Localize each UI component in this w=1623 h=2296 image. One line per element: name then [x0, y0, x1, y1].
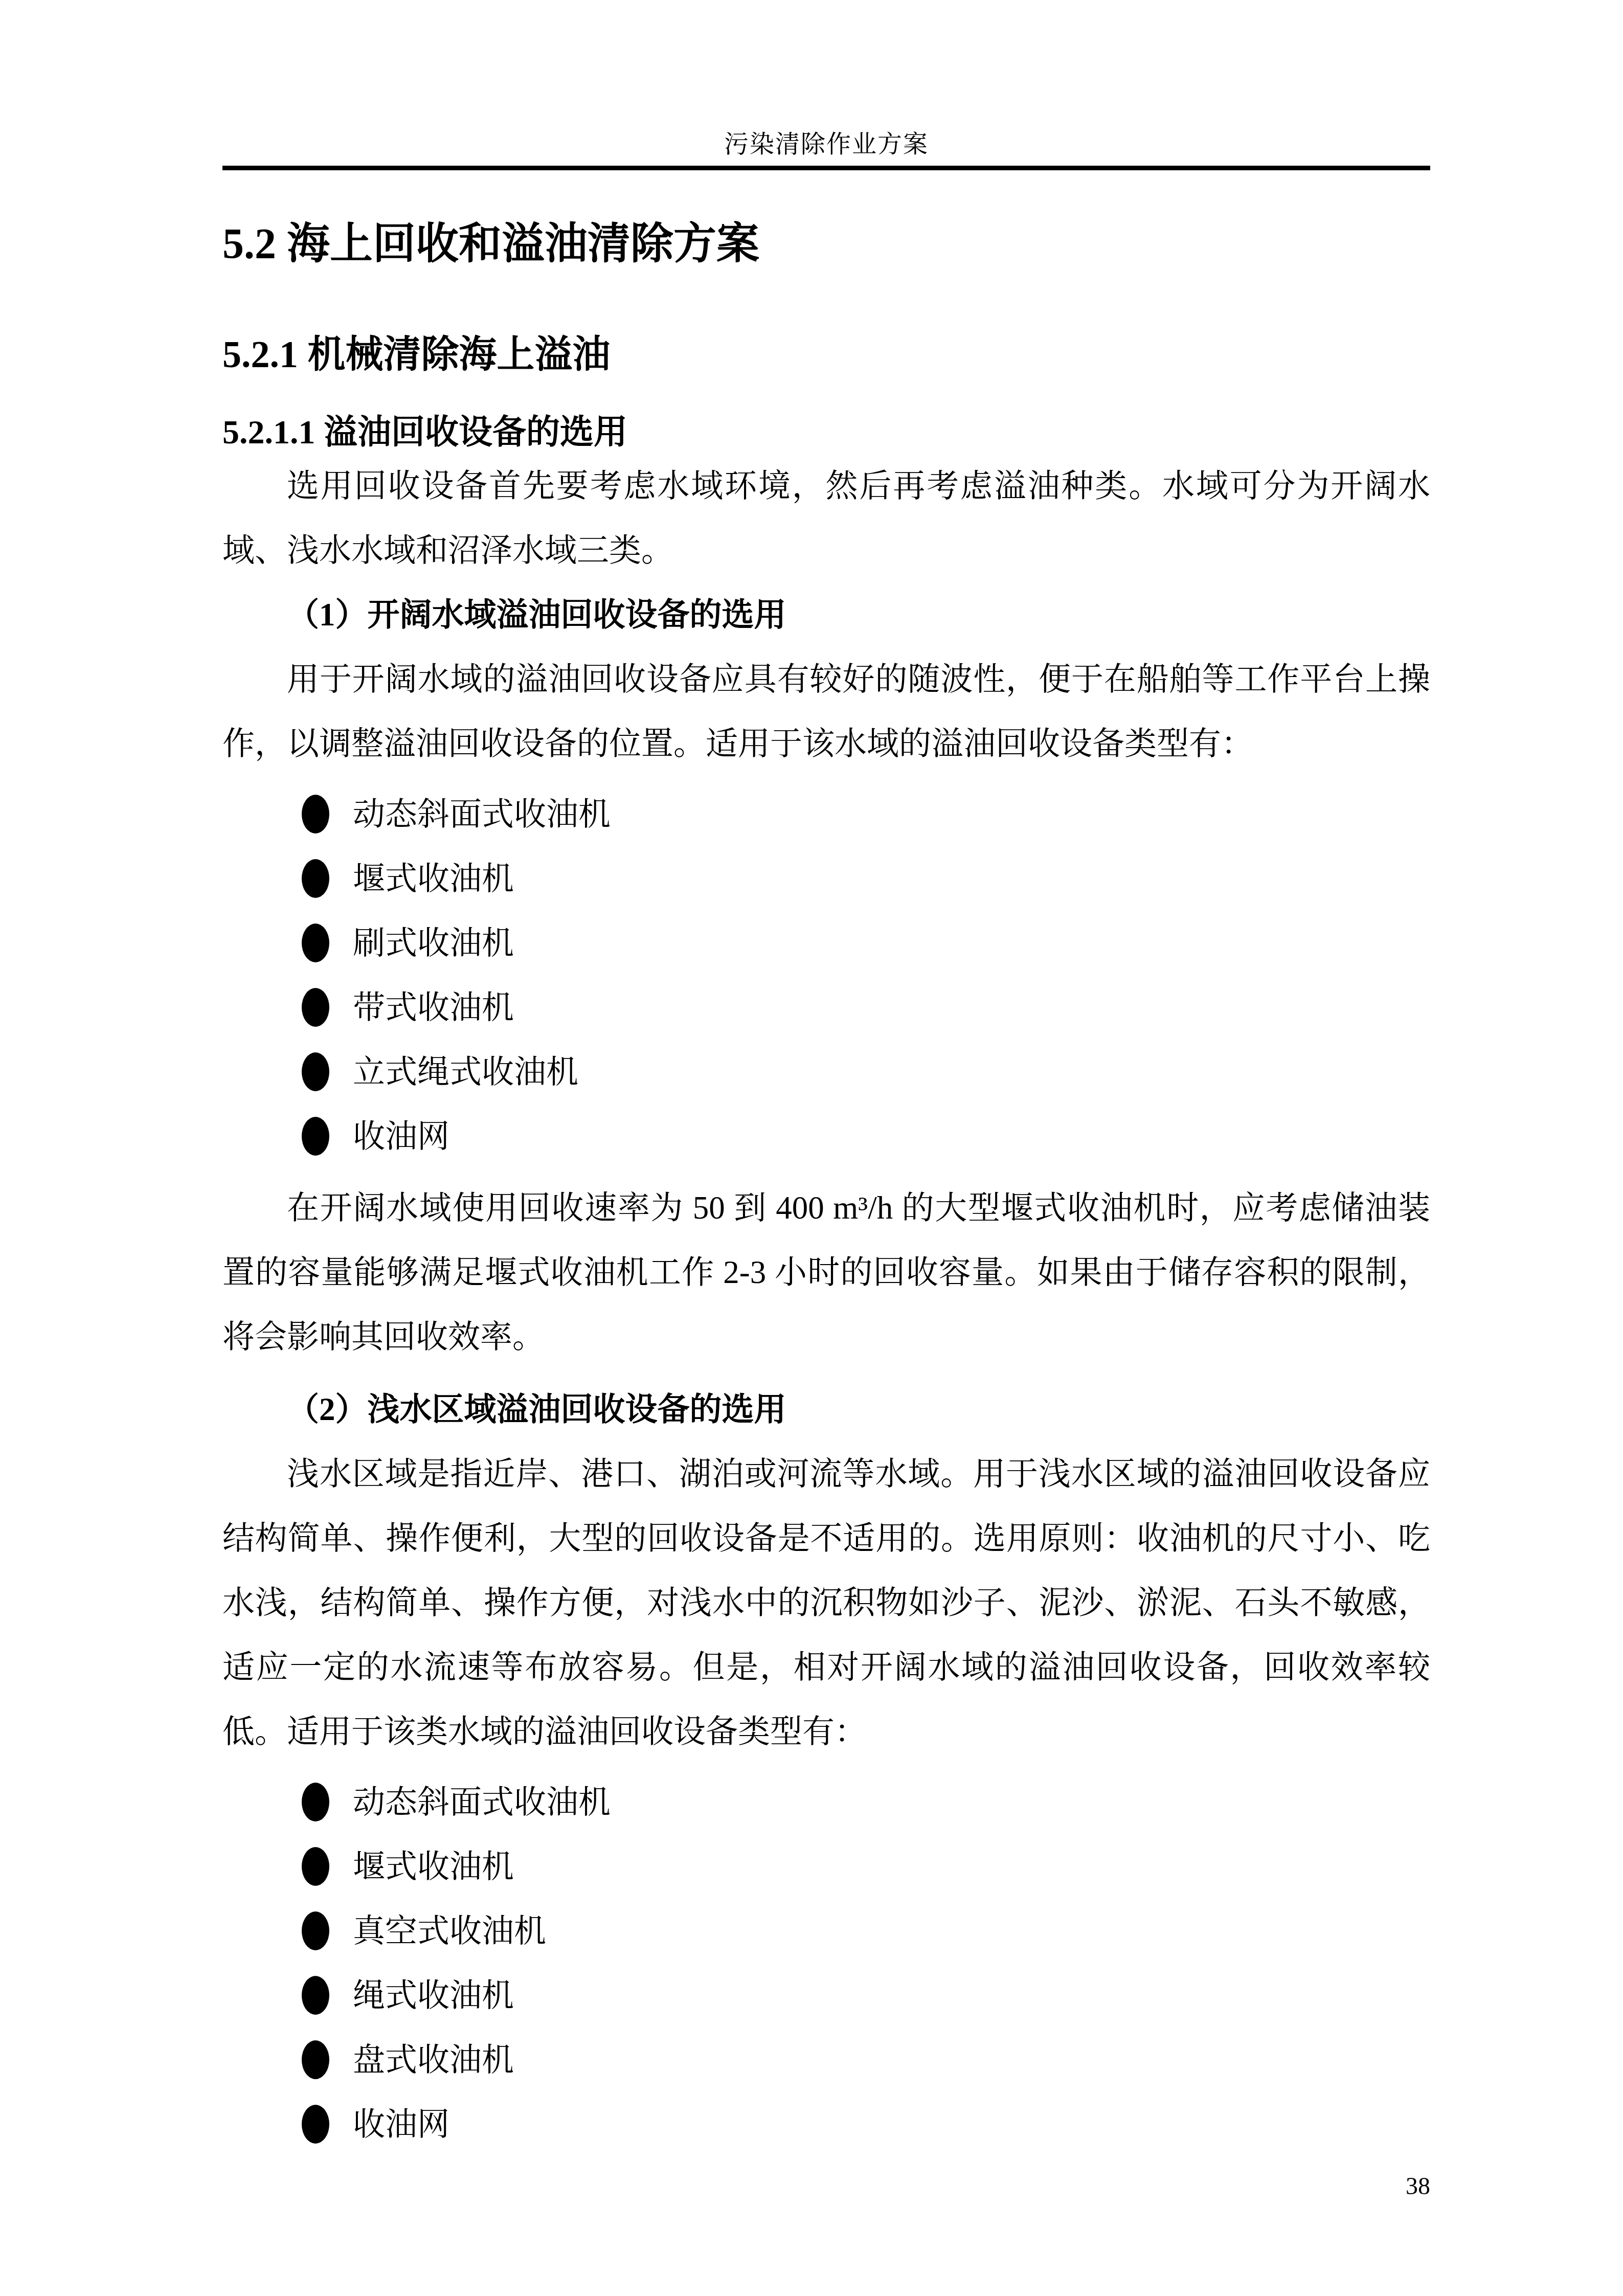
equipment-list-item: 真空式收油机	[222, 1899, 1430, 1963]
paragraph-weir-skimmer-capacity: 在开阔水域使用回收速率为 50 到 400 m³/h 的大型堰式收油机时，应考虑…	[222, 1176, 1430, 1369]
subheading-open-water-selection: （1）开阔水域溢油回收设备的选用	[222, 582, 1430, 647]
equipment-list-item-label: 动态斜面式收油机	[353, 1770, 611, 1834]
equipment-list-item-label: 立式绳式收油机	[353, 1040, 578, 1104]
bullet-icon	[302, 1911, 329, 1950]
equipment-list-item: 动态斜面式收油机	[222, 782, 1430, 846]
equipment-list-item: 收油网	[222, 2092, 1430, 2156]
bullet-icon	[302, 988, 329, 1027]
equipment-list-item-label: 堰式收油机	[353, 1834, 514, 1899]
equipment-list-item: 收油网	[222, 1104, 1430, 1168]
subheading-shallow-water-selection: （2）浅水区域溢油回收设备的选用	[222, 1377, 1430, 1442]
document-page: 污染清除作业方案 5.2 海上回收和溢油清除方案 5.2.1 机械清除海上溢油 …	[0, 0, 1623, 2296]
paragraph-open-water-requirements: 用于开阔水域的溢油回收设备应具有较好的随波性，便于在船舶等工作平台上操作，以调整…	[222, 647, 1430, 776]
equipment-list-item: 带式收油机	[222, 975, 1430, 1040]
paragraph-equipment-selection-intro: 选用回收设备首先要考虑水域环境，然后再考虑溢油种类。水域可分为开阔水域、浅水水域…	[222, 454, 1430, 582]
document-body: 5.2 海上回收和溢油清除方案 5.2.1 机械清除海上溢油 5.2.1.1 溢…	[222, 217, 1430, 2156]
equipment-list-item-label: 刷式收油机	[353, 911, 514, 975]
bullet-icon	[302, 1976, 329, 2015]
open-water-equipment-list: 动态斜面式收油机堰式收油机刷式收油机带式收油机立式绳式收油机收油网	[222, 782, 1430, 1168]
equipment-list-item-label: 盘式收油机	[353, 2028, 514, 2092]
bullet-icon	[302, 1847, 329, 1886]
bullet-icon	[302, 859, 329, 898]
equipment-list-item: 立式绳式收油机	[222, 1040, 1430, 1104]
paragraph-shallow-water-requirements: 浅水区域是指近岸、港口、湖泊或河流等水域。用于浅水区域的溢油回收设备应结构简单、…	[222, 1442, 1430, 1764]
equipment-list-item-label: 真空式收油机	[353, 1899, 546, 1963]
equipment-list-item: 堰式收油机	[222, 1834, 1430, 1899]
equipment-list-item: 堰式收油机	[222, 846, 1430, 911]
equipment-list-item-label: 动态斜面式收油机	[353, 782, 611, 846]
equipment-list-item-label: 带式收油机	[353, 975, 514, 1040]
heading-5-2: 5.2 海上回收和溢油清除方案	[222, 217, 1430, 271]
shallow-water-equipment-list: 动态斜面式收油机堰式收油机真空式收油机绳式收油机盘式收油机收油网	[222, 1770, 1430, 2156]
bullet-icon	[302, 924, 329, 962]
bullet-icon	[302, 1052, 329, 1091]
bullet-icon	[302, 795, 329, 834]
equipment-list-item-label: 收油网	[353, 1104, 449, 1168]
page-number: 38	[1406, 2172, 1430, 2201]
bullet-icon	[302, 2040, 329, 2079]
header-title: 污染清除作业方案	[222, 0, 1430, 161]
equipment-list-item-label: 收油网	[353, 2092, 449, 2156]
bullet-icon	[302, 1117, 329, 1156]
heading-5-2-1: 5.2.1 机械清除海上溢油	[222, 331, 1430, 379]
page-header: 污染清除作业方案	[222, 0, 1430, 170]
header-rule	[222, 166, 1430, 170]
bullet-icon	[302, 1783, 329, 1821]
equipment-list-item: 绳式收油机	[222, 1963, 1430, 2028]
equipment-list-item-label: 绳式收油机	[353, 1963, 514, 2028]
heading-5-2-1-1: 5.2.1.1 溢油回收设备的选用	[222, 412, 1430, 454]
equipment-list-item: 动态斜面式收油机	[222, 1770, 1430, 1834]
equipment-list-item: 刷式收油机	[222, 911, 1430, 975]
equipment-list-item: 盘式收油机	[222, 2028, 1430, 2092]
bullet-icon	[302, 2105, 329, 2144]
equipment-list-item-label: 堰式收油机	[353, 846, 514, 911]
